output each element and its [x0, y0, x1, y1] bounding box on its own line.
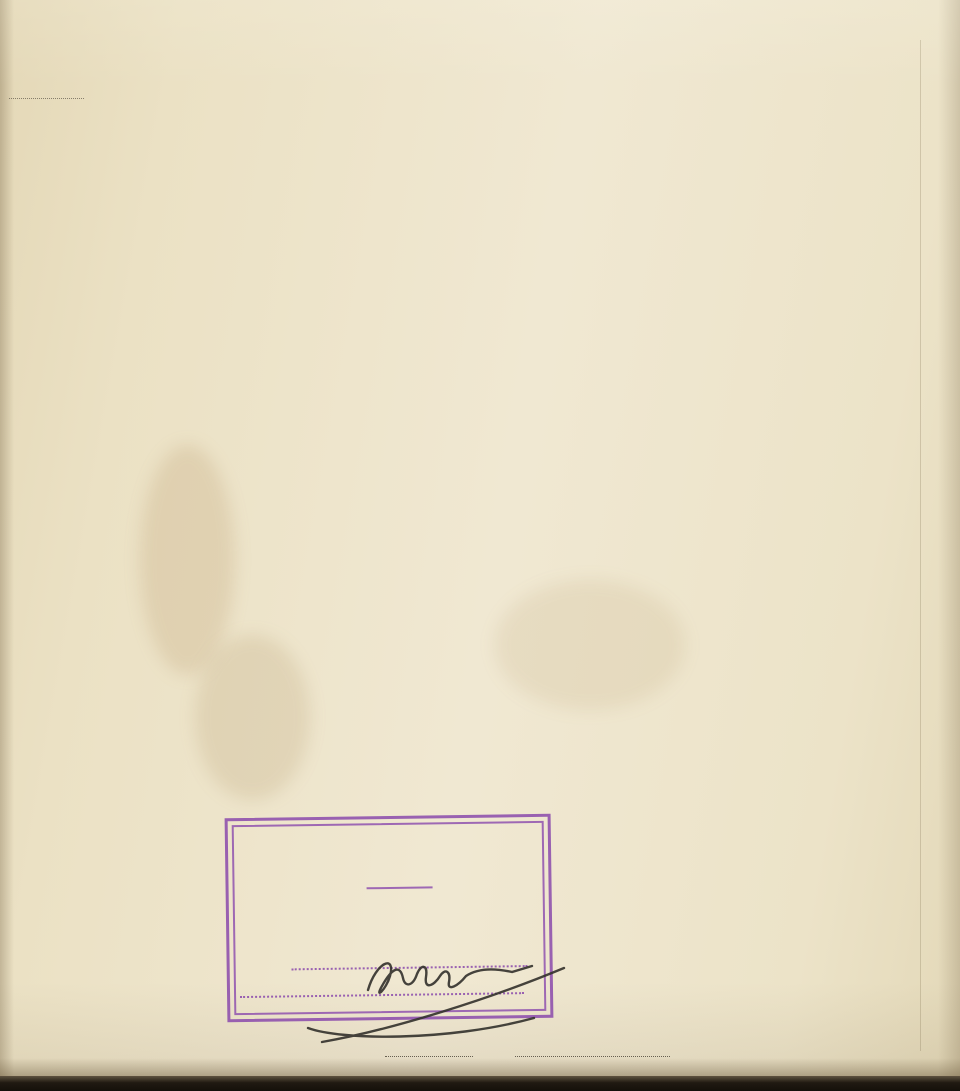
- page-gutter-shadow: [0, 0, 14, 1091]
- paper-stain: [495, 580, 685, 710]
- paper-stain: [140, 445, 235, 675]
- officer-signature: [296, 928, 626, 1058]
- logbook-page: [0, 0, 960, 1091]
- year-dotted-line: [9, 98, 84, 99]
- book-edge: [0, 1076, 960, 1091]
- paper-fold-line: [920, 40, 921, 1051]
- page-edge-shadow: [938, 0, 960, 1091]
- page-curl-shadow: [0, 1058, 960, 1078]
- paper-stain: [195, 635, 310, 800]
